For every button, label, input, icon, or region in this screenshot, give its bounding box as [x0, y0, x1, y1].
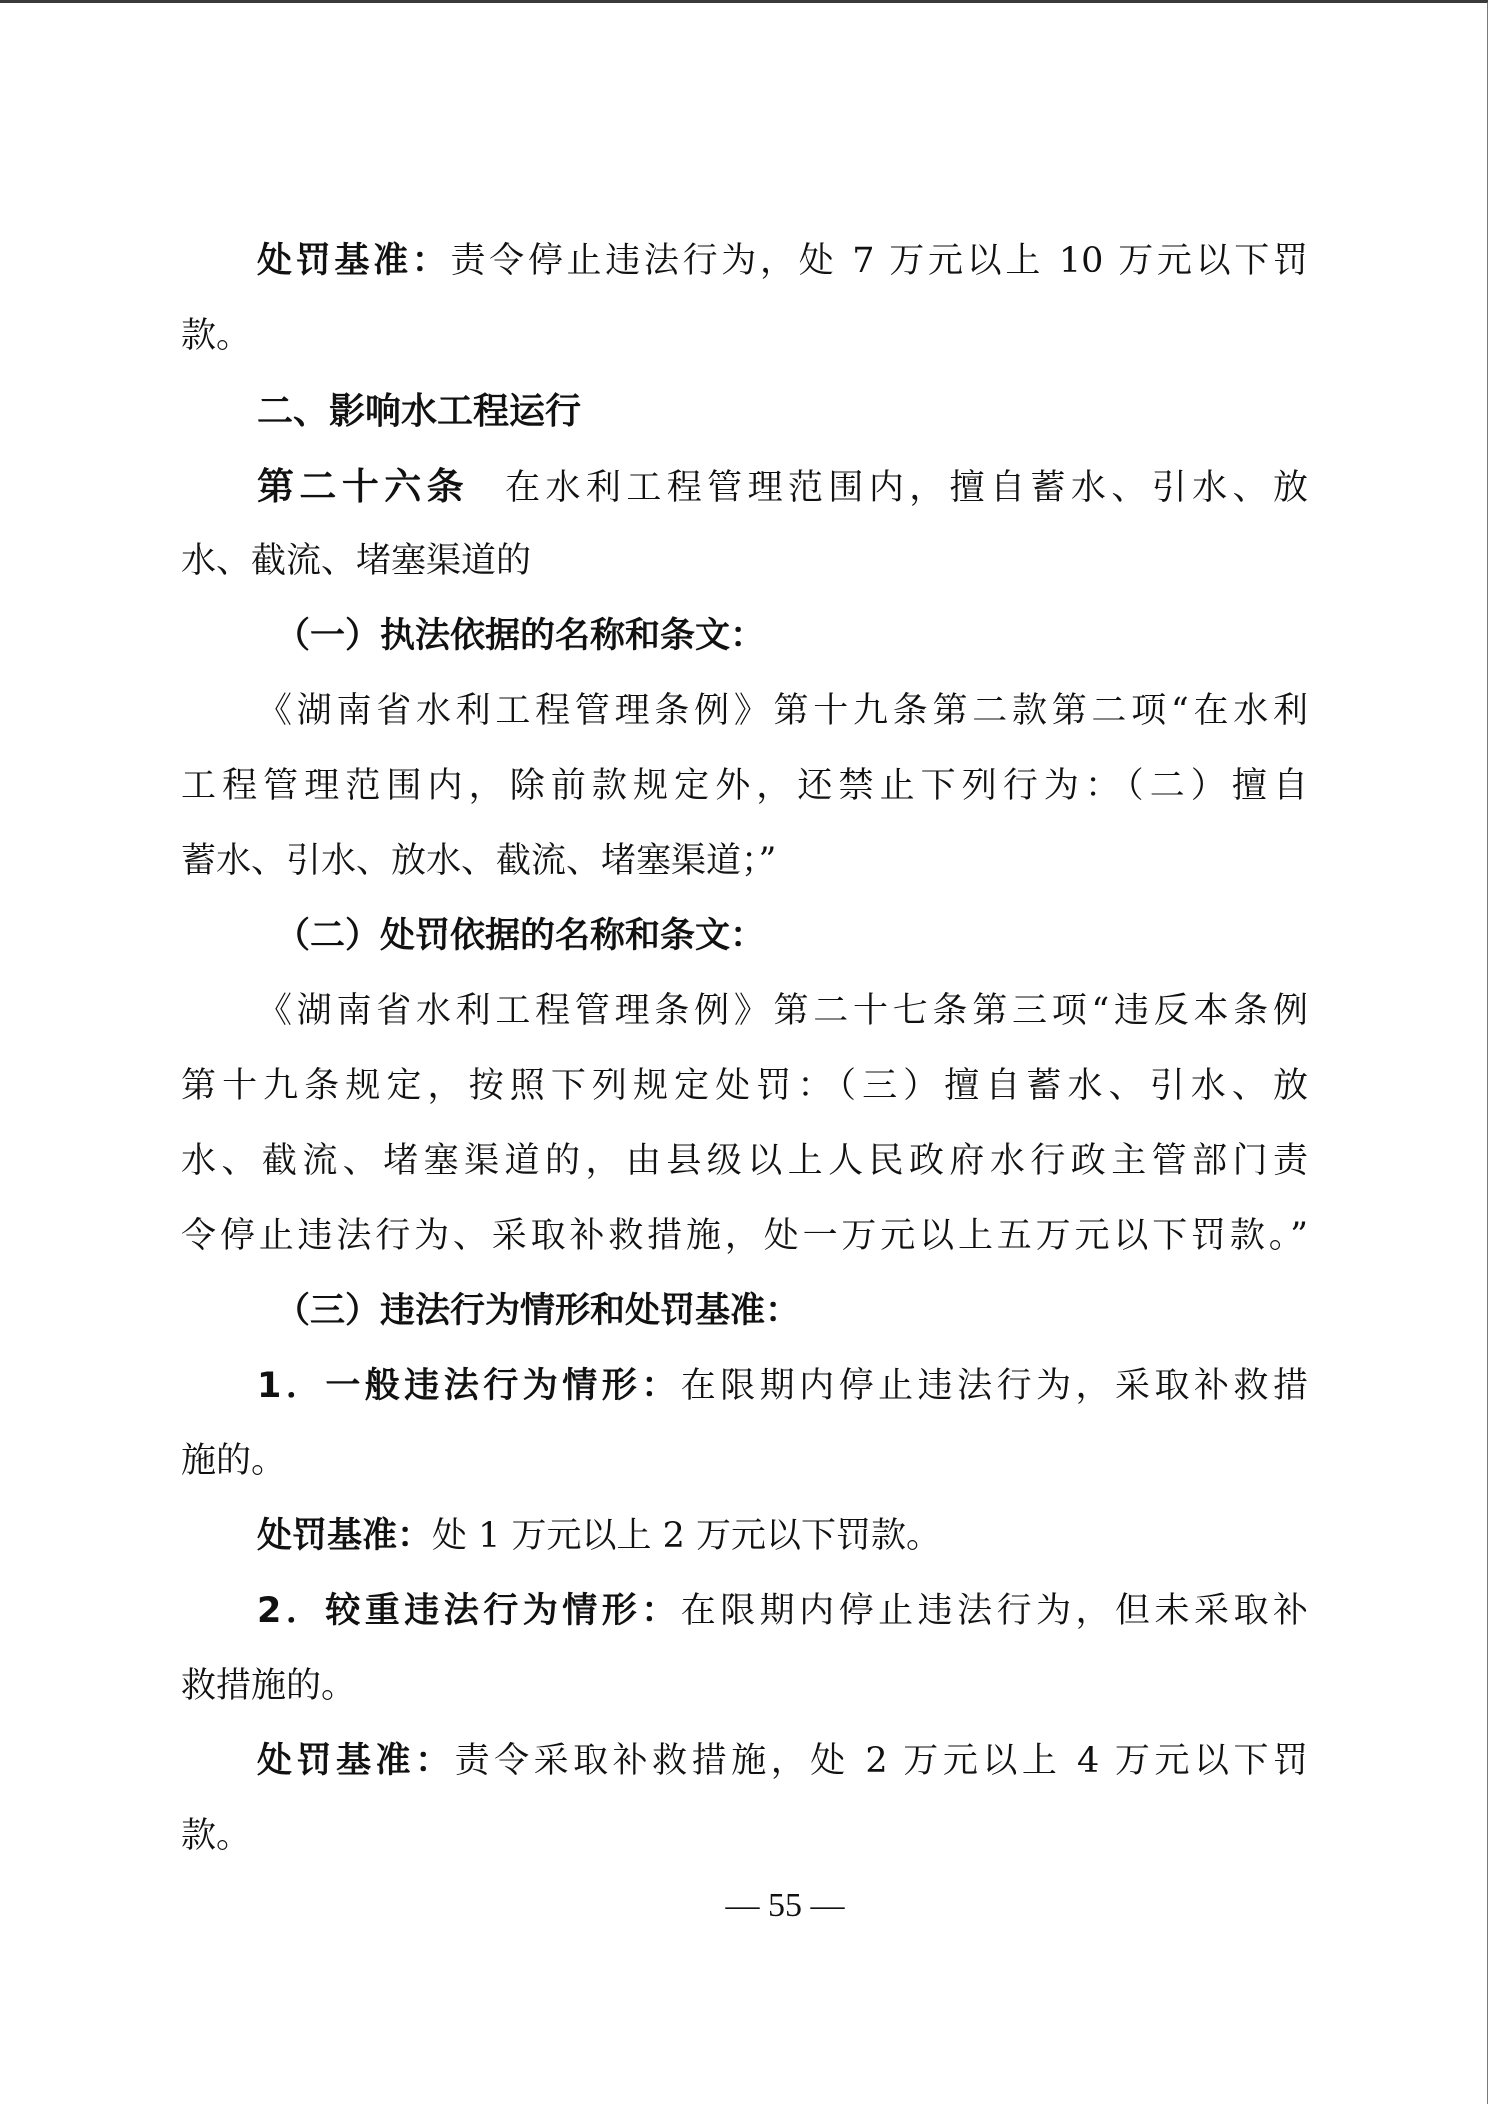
paragraph-line: 1．一般违法行为情形：在限期内停止违法行为，采取补救措 — [181, 1349, 1308, 1424]
paragraph-line: 蓄水、引水、放水、截流、堵塞渠道；” — [181, 824, 1308, 899]
paragraph-line: 款。 — [181, 1799, 1308, 1874]
label-penalty-standard: 处罚基准： — [257, 241, 450, 281]
paragraph-line: 处罚基准：处 1 万元以上 2 万元以下罚款。 — [181, 1499, 1308, 1574]
article-line: 第二十六条在水利工程管理范围内，擅自蓄水、引水、放 — [181, 449, 1308, 524]
article-number: 第二十六条 — [257, 465, 469, 508]
paragraph-line: 令停止违法行为、采取补救措施，处一万元以上五万元以下罚款。” — [181, 1199, 1308, 1274]
paragraph-line: 水、截流、堵塞渠道的，由县级以上人民政府水行政主管部门责 — [181, 1124, 1308, 1199]
paragraph-line: 处罚基准：责令停止违法行为，处 7 万元以上 10 万元以下罚 — [181, 224, 1308, 299]
section-heading: 二、影响水工程运行 — [181, 374, 1308, 449]
paragraph-line: 水、截流、堵塞渠道的 — [181, 524, 1308, 599]
label-penalty-standard: 处罚基准： — [257, 1516, 432, 1556]
paragraph-line: 处罚基准：责令采取补救措施，处 2 万元以上 4 万元以下罚 — [181, 1724, 1308, 1799]
page-body: 处罚基准：责令停止违法行为，处 7 万元以上 10 万元以下罚 款。 二、影响水… — [181, 224, 1308, 1874]
page-number: — 55 — — [0, 1887, 1488, 1925]
paragraph-line: 《湖南省水利工程管理条例》第十九条第二款第二项“在水利 — [181, 674, 1308, 749]
sub-heading: （一）执法依据的名称和条文： — [181, 599, 1308, 674]
label-serious-violation: 2．较重违法行为情形： — [257, 1591, 681, 1631]
label-penalty-standard: 处罚基准： — [257, 1741, 455, 1781]
paragraph-line: 工程管理范围内，除前款规定外，还禁止下列行为：（二）擅自 — [181, 749, 1308, 824]
paragraph-line: 救措施的。 — [181, 1649, 1308, 1724]
sub-heading: （二）处罚依据的名称和条文： — [181, 899, 1308, 974]
paragraph-line: 款。 — [181, 299, 1308, 374]
sub-heading: （三）违法行为情形和处罚基准： — [181, 1274, 1308, 1349]
paragraph-line: 《湖南省水利工程管理条例》第二十七条第三项“违反本条例 — [181, 974, 1308, 1049]
document-page: 处罚基准：责令停止违法行为，处 7 万元以上 10 万元以下罚 款。 二、影响水… — [0, 0, 1488, 2104]
label-general-violation: 1．一般违法行为情形： — [257, 1366, 681, 1406]
paragraph-line: 2．较重违法行为情形：在限期内停止违法行为，但未采取补 — [181, 1574, 1308, 1649]
paragraph-line: 施的。 — [181, 1424, 1308, 1499]
paragraph-line: 第十九条规定，按照下列规定处罚：（三）擅自蓄水、引水、放 — [181, 1049, 1308, 1124]
